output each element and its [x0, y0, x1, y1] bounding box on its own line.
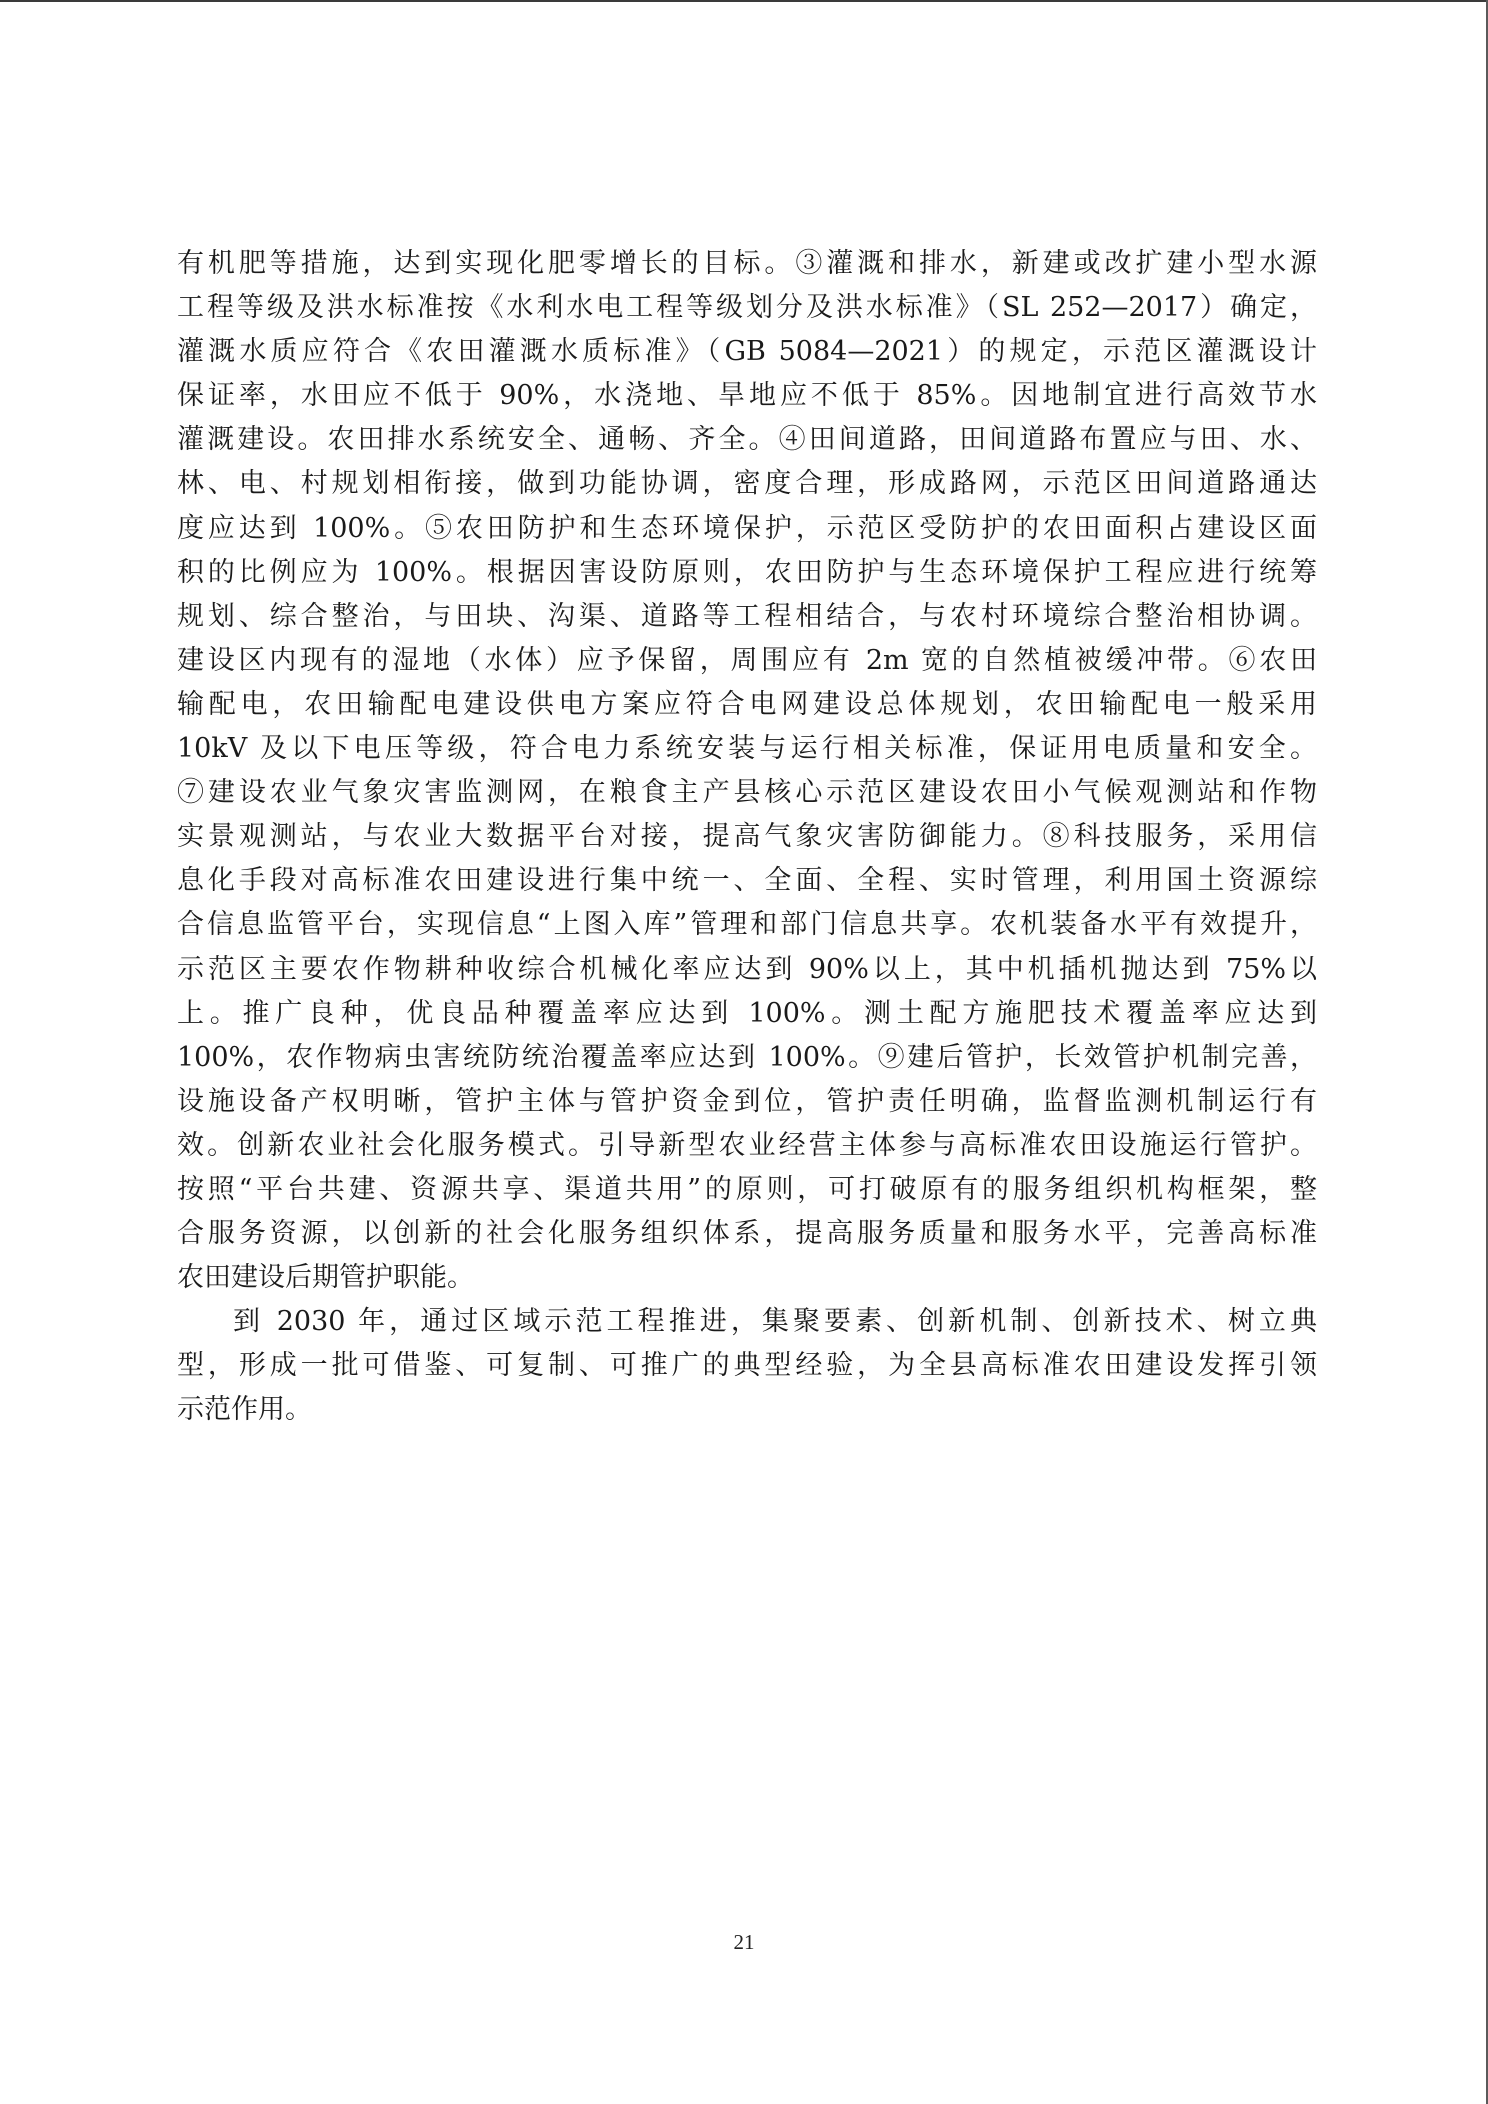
text-line: 示范区主要农作物耕种收综合机械化率应达到 90%以上，其中机插机抛达到 75%以: [177, 948, 1317, 992]
text-line: 积的比例应为 100%。根据因害设防原则，农田防护与生态环境保护工程应进行统筹: [177, 551, 1317, 595]
text-line: 合服务资源，以创新的社会化服务组织体系，提高服务质量和服务水平，完善高标准: [177, 1212, 1317, 1256]
text-line: 规划、综合整治，与田块、沟渠、道路等工程相结合，与农村环境综合整治相协调。: [177, 595, 1317, 639]
text-line: 到 2030 年，通过区域示范工程推进，集聚要素、创新机制、创新技术、树立典: [177, 1300, 1317, 1344]
paragraph-1: 有机肥等措施，达到实现化肥零增长的目标。③灌溉和排水，新建或改扩建小型水源 工程…: [177, 242, 1317, 1300]
text-line: 实景观测站，与农业大数据平台对接，提高气象灾害防御能力。⑧科技服务，采用信: [177, 815, 1317, 859]
text-line: 灌溉水质应符合《农田灌溉水质标准》（GB 5084—2021）的规定，示范区灌溉…: [177, 330, 1317, 374]
text-line: 上。推广良种，优良品种覆盖率应达到 100%。测土配方施肥技术覆盖率应达到: [177, 992, 1317, 1036]
text-line: 10kV 及以下电压等级，符合电力系统安装与运行相关标准，保证用电质量和安全。: [177, 727, 1317, 771]
text-line: 息化手段对高标准农田建设进行集中统一、全面、全程、实时管理，利用国土资源综: [177, 859, 1317, 903]
text-line: 灌溉建设。农田排水系统安全、通畅、齐全。④田间道路，田间道路布置应与田、水、: [177, 418, 1317, 462]
text-line: 型，形成一批可借鉴、可复制、可推广的典型经验，为全县高标准农田建设发挥引领: [177, 1344, 1317, 1388]
paragraph-2: 到 2030 年，通过区域示范工程推进，集聚要素、创新机制、创新技术、树立典 型…: [177, 1300, 1317, 1432]
text-line: 保证率，水田应不低于 90%，水浇地、旱地应不低于 85%。因地制宜进行高效节水: [177, 374, 1317, 418]
page-number: 21: [0, 1930, 1488, 1955]
text-line: 合信息监管平台，实现信息“上图入库”管理和部门信息共享。农机装备水平有效提升，: [177, 903, 1317, 947]
page-top-border: [0, 0, 1488, 2]
text-line: 按照“平台共建、资源共享、渠道共用”的原则，可打破原有的服务组织机构框架，整: [177, 1168, 1317, 1212]
text-line: 农田建设后期管护职能。: [177, 1256, 1317, 1300]
text-line: 设施设备产权明晰，管护主体与管护资金到位，管护责任明确，监督监测机制运行有: [177, 1080, 1317, 1124]
text-line: 建设区内现有的湿地（水体）应予保留，周围应有 2m 宽的自然植被缓冲带。⑥农田: [177, 639, 1317, 683]
text-line: ⑦建设农业气象灾害监测网，在粮食主产县核心示范区建设农田小气候观测站和作物: [177, 771, 1317, 815]
text-line: 效。创新农业社会化服务模式。引导新型农业经营主体参与高标准农田设施运行管护。: [177, 1124, 1317, 1168]
text-line: 工程等级及洪水标准按《水利水电工程等级划分及洪水标准》（SL 252—2017）…: [177, 286, 1317, 330]
text-line: 100%，农作物病虫害统防统治覆盖率应达到 100%。⑨建后管护，长效管护机制完…: [177, 1036, 1317, 1080]
text-line: 度应达到 100%。⑤农田防护和生态环境保护，示范区受防护的农田面积占建设区面: [177, 507, 1317, 551]
text-line: 有机肥等措施，达到实现化肥零增长的目标。③灌溉和排水，新建或改扩建小型水源: [177, 242, 1317, 286]
text-line: 示范作用。: [177, 1388, 1317, 1432]
text-line: 输配电，农田输配电建设供电方案应符合电网建设总体规划，农田输配电一般采用: [177, 683, 1317, 727]
text-line: 林、电、村规划相衔接，做到功能协调，密度合理，形成路网，示范区田间道路通达: [177, 462, 1317, 506]
document-body: 有机肥等措施，达到实现化肥零增长的目标。③灌溉和排水，新建或改扩建小型水源 工程…: [177, 242, 1317, 1433]
